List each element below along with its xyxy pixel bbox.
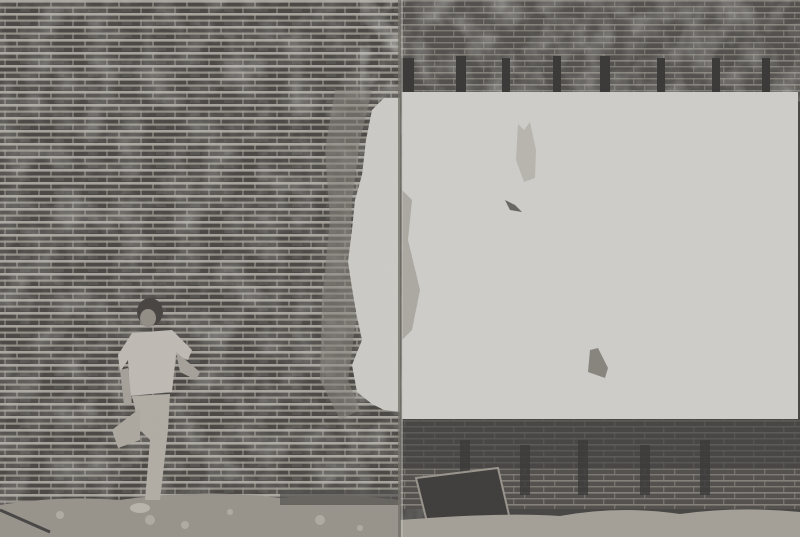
photograph-spread bbox=[0, 0, 800, 537]
photo-scene bbox=[0, 0, 800, 537]
